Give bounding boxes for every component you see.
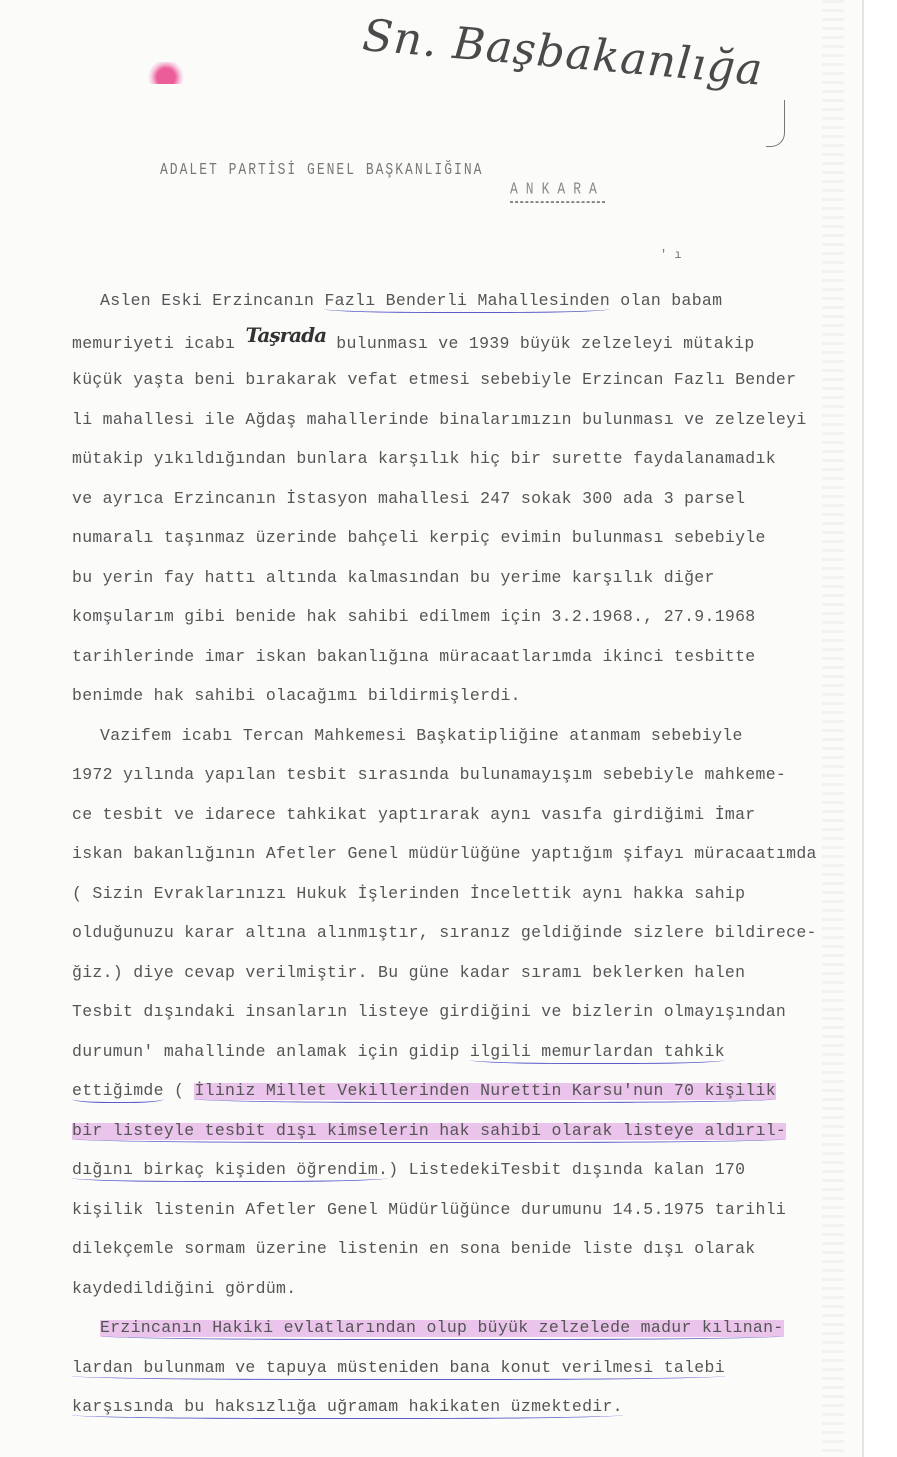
letter-line: ( Sizin Evraklarınızı Hukuk İşlerinden İ… bbox=[72, 879, 862, 919]
typed-text: küçük yaşta beni bırakarak vefat etmesi … bbox=[72, 370, 796, 389]
handwriting-flourish bbox=[766, 100, 785, 147]
letter-line: ce tesbit ve idarece tahkikat yaptırarak… bbox=[72, 800, 862, 840]
letter-line: Vazifem icabı Tercan Mahkemesi Başkatipl… bbox=[72, 721, 862, 761]
letter-line: ğiz.) diye cevap verilmiştir. Bu güne ka… bbox=[72, 958, 862, 998]
ink-stamp-mark bbox=[145, 62, 187, 84]
typed-text: tarihlerinde imar iskan bakanlığına müra… bbox=[72, 647, 756, 666]
letter-line: memuriyeti icabı Taşrada bulunması ve 19… bbox=[72, 326, 862, 366]
typed-text: kişilik listenin Afetler Genel Müdürlüğü… bbox=[72, 1200, 786, 1219]
letter-line: karşısında bu haksızlığa uğramam hakikat… bbox=[72, 1392, 862, 1432]
letter-line: bir listeyle tesbit dışı kimselerin hak … bbox=[72, 1116, 862, 1156]
letter-line: olduğunuzu karar altına alınmıştır, sıra… bbox=[72, 918, 862, 958]
letter-line: numaralı taşınmaz üzerinde bahçeli kerpi… bbox=[72, 523, 862, 563]
letter-line: durumun' mahallinde anlamak için gidip i… bbox=[72, 1037, 862, 1077]
ink-underline: Fazlı Benderli Mahallesinden bbox=[324, 291, 610, 313]
letter-page: Sn. Başbakanlığa ADALET PARTİSİ GENEL BA… bbox=[0, 0, 864, 1457]
typed-text: ) ListedekiTesbit dışında kalan 170 bbox=[388, 1160, 745, 1179]
letter-line: komşularım gibi benide hak sahibi edilme… bbox=[72, 602, 862, 642]
typed-text: durumun' mahallinde anlamak için gidip bbox=[72, 1042, 470, 1061]
letter-line: lardan bulunmam ve tapuya müsteniden ban… bbox=[72, 1353, 862, 1393]
letter-line: tarihlerinde imar iskan bakanlığına müra… bbox=[72, 642, 862, 682]
addressee-city: ANKARA bbox=[510, 179, 605, 202]
handwritten-insert: Taşrada bbox=[245, 323, 326, 347]
letter-line: ettiğimde ( İliniz Millet Vekillerinden … bbox=[72, 1076, 862, 1116]
highlighted-text: bir listeyle tesbit dışı kimselerin hak … bbox=[72, 1121, 786, 1143]
typed-text: memuriyeti icabı bbox=[72, 334, 245, 353]
letter-line: bu yerin fay hattı altında kalmasından b… bbox=[72, 563, 862, 603]
typed-text: mütakip yıkıldığından bunlara karşılık h… bbox=[72, 449, 776, 468]
addressee-line: ADALET PARTİSİ GENEL BAŞKANLIĞINA bbox=[160, 160, 483, 180]
typed-text: benimde hak sahibi olacağımı bildirmişle… bbox=[72, 686, 521, 705]
typed-text: Aslen Eski Erzincanın bbox=[100, 291, 324, 310]
typed-text: 1972 yılında yapılan tesbit sırasında bu… bbox=[72, 765, 786, 784]
letter-line: mütakip yıkıldığından bunlara karşılık h… bbox=[72, 444, 862, 484]
typed-text: dilekçemle sormam üzerine listenin en so… bbox=[72, 1239, 756, 1258]
typed-text: ( bbox=[164, 1081, 195, 1100]
typed-text: iskan bakanlığının Afetler Genel müdürlü… bbox=[72, 844, 817, 863]
letter-line: ve ayrıca Erzincanın İstasyon mahallesi … bbox=[72, 484, 862, 524]
typed-text: numaralı taşınmaz üzerinde bahçeli kerpi… bbox=[72, 528, 766, 547]
letter-line: li mahallesi ile Ağdaş mahallerinde bina… bbox=[72, 405, 862, 445]
letter-line: Tesbit dışındaki insanların listeye gird… bbox=[72, 997, 862, 1037]
typed-text: Tesbit dışındaki insanların listeye gird… bbox=[72, 1002, 786, 1021]
ink-underline: dığını birkaç kişiden öğrendim. bbox=[72, 1160, 388, 1182]
handwritten-routing-note: Sn. Başbakanlığa bbox=[361, 10, 766, 96]
typed-text: kaydedildiğini gördüm. bbox=[72, 1279, 296, 1298]
typed-text: bu yerin fay hattı altında kalmasından b… bbox=[72, 568, 715, 587]
ink-underline: ilgili memurlardan tahkik bbox=[470, 1042, 725, 1064]
ink-underline: karşısında bu haksızlığa uğramam hakikat… bbox=[72, 1397, 623, 1419]
letter-line: iskan bakanlığının Afetler Genel müdürlü… bbox=[72, 839, 862, 879]
letter-line: Erzincanın Hakiki evlatlarından olup büy… bbox=[72, 1313, 862, 1353]
letter-line: küçük yaşta beni bırakarak vefat etmesi … bbox=[72, 365, 862, 405]
ink-underline: ettiğimde bbox=[72, 1081, 164, 1103]
letter-line: dığını birkaç kişiden öğrendim.) Listede… bbox=[72, 1155, 862, 1195]
letter-line: 1972 yılında yapılan tesbit sırasında bu… bbox=[72, 760, 862, 800]
margin-marks: ' ı bbox=[660, 248, 682, 262]
letter-body: Aslen Eski Erzincanın Fazlı Benderli Mah… bbox=[72, 286, 862, 1432]
typed-text: bulunması ve 1939 büyük zelzeleyi mütaki… bbox=[326, 334, 754, 353]
typed-text: komşularım gibi benide hak sahibi edilme… bbox=[72, 607, 756, 626]
typed-text: li mahallesi ile Ağdaş mahallerinde bina… bbox=[72, 410, 807, 429]
typed-text: ve ayrıca Erzincanın İstasyon mahallesi … bbox=[72, 489, 745, 508]
typed-text: Vazifem icabı Tercan Mahkemesi Başkatipl… bbox=[100, 726, 743, 745]
letter-line: kaydedildiğini gördüm. bbox=[72, 1274, 862, 1314]
letter-line: kişilik listenin Afetler Genel Müdürlüğü… bbox=[72, 1195, 862, 1235]
typed-text: ğiz.) diye cevap verilmiştir. Bu güne ka… bbox=[72, 963, 745, 982]
typed-text: olan babam bbox=[610, 291, 722, 310]
typed-text: ( Sizin Evraklarınızı Hukuk İşlerinden İ… bbox=[72, 884, 745, 903]
letter-line: dilekçemle sormam üzerine listenin en so… bbox=[72, 1234, 862, 1274]
typed-text: ce tesbit ve idarece tahkikat yaptırarak… bbox=[72, 805, 756, 824]
highlighted-text: İliniz Millet Vekillerinden Nurettin Kar… bbox=[194, 1081, 776, 1103]
highlighted-text: Erzincanın Hakiki evlatlarından olup büy… bbox=[100, 1318, 784, 1340]
letter-line: benimde hak sahibi olacağımı bildirmişle… bbox=[72, 681, 862, 721]
typed-text: olduğunuzu karar altına alınmıştır, sıra… bbox=[72, 923, 817, 942]
letter-line: Aslen Eski Erzincanın Fazlı Benderli Mah… bbox=[72, 286, 862, 326]
ink-underline: lardan bulunmam ve tapuya müsteniden ban… bbox=[72, 1358, 725, 1380]
